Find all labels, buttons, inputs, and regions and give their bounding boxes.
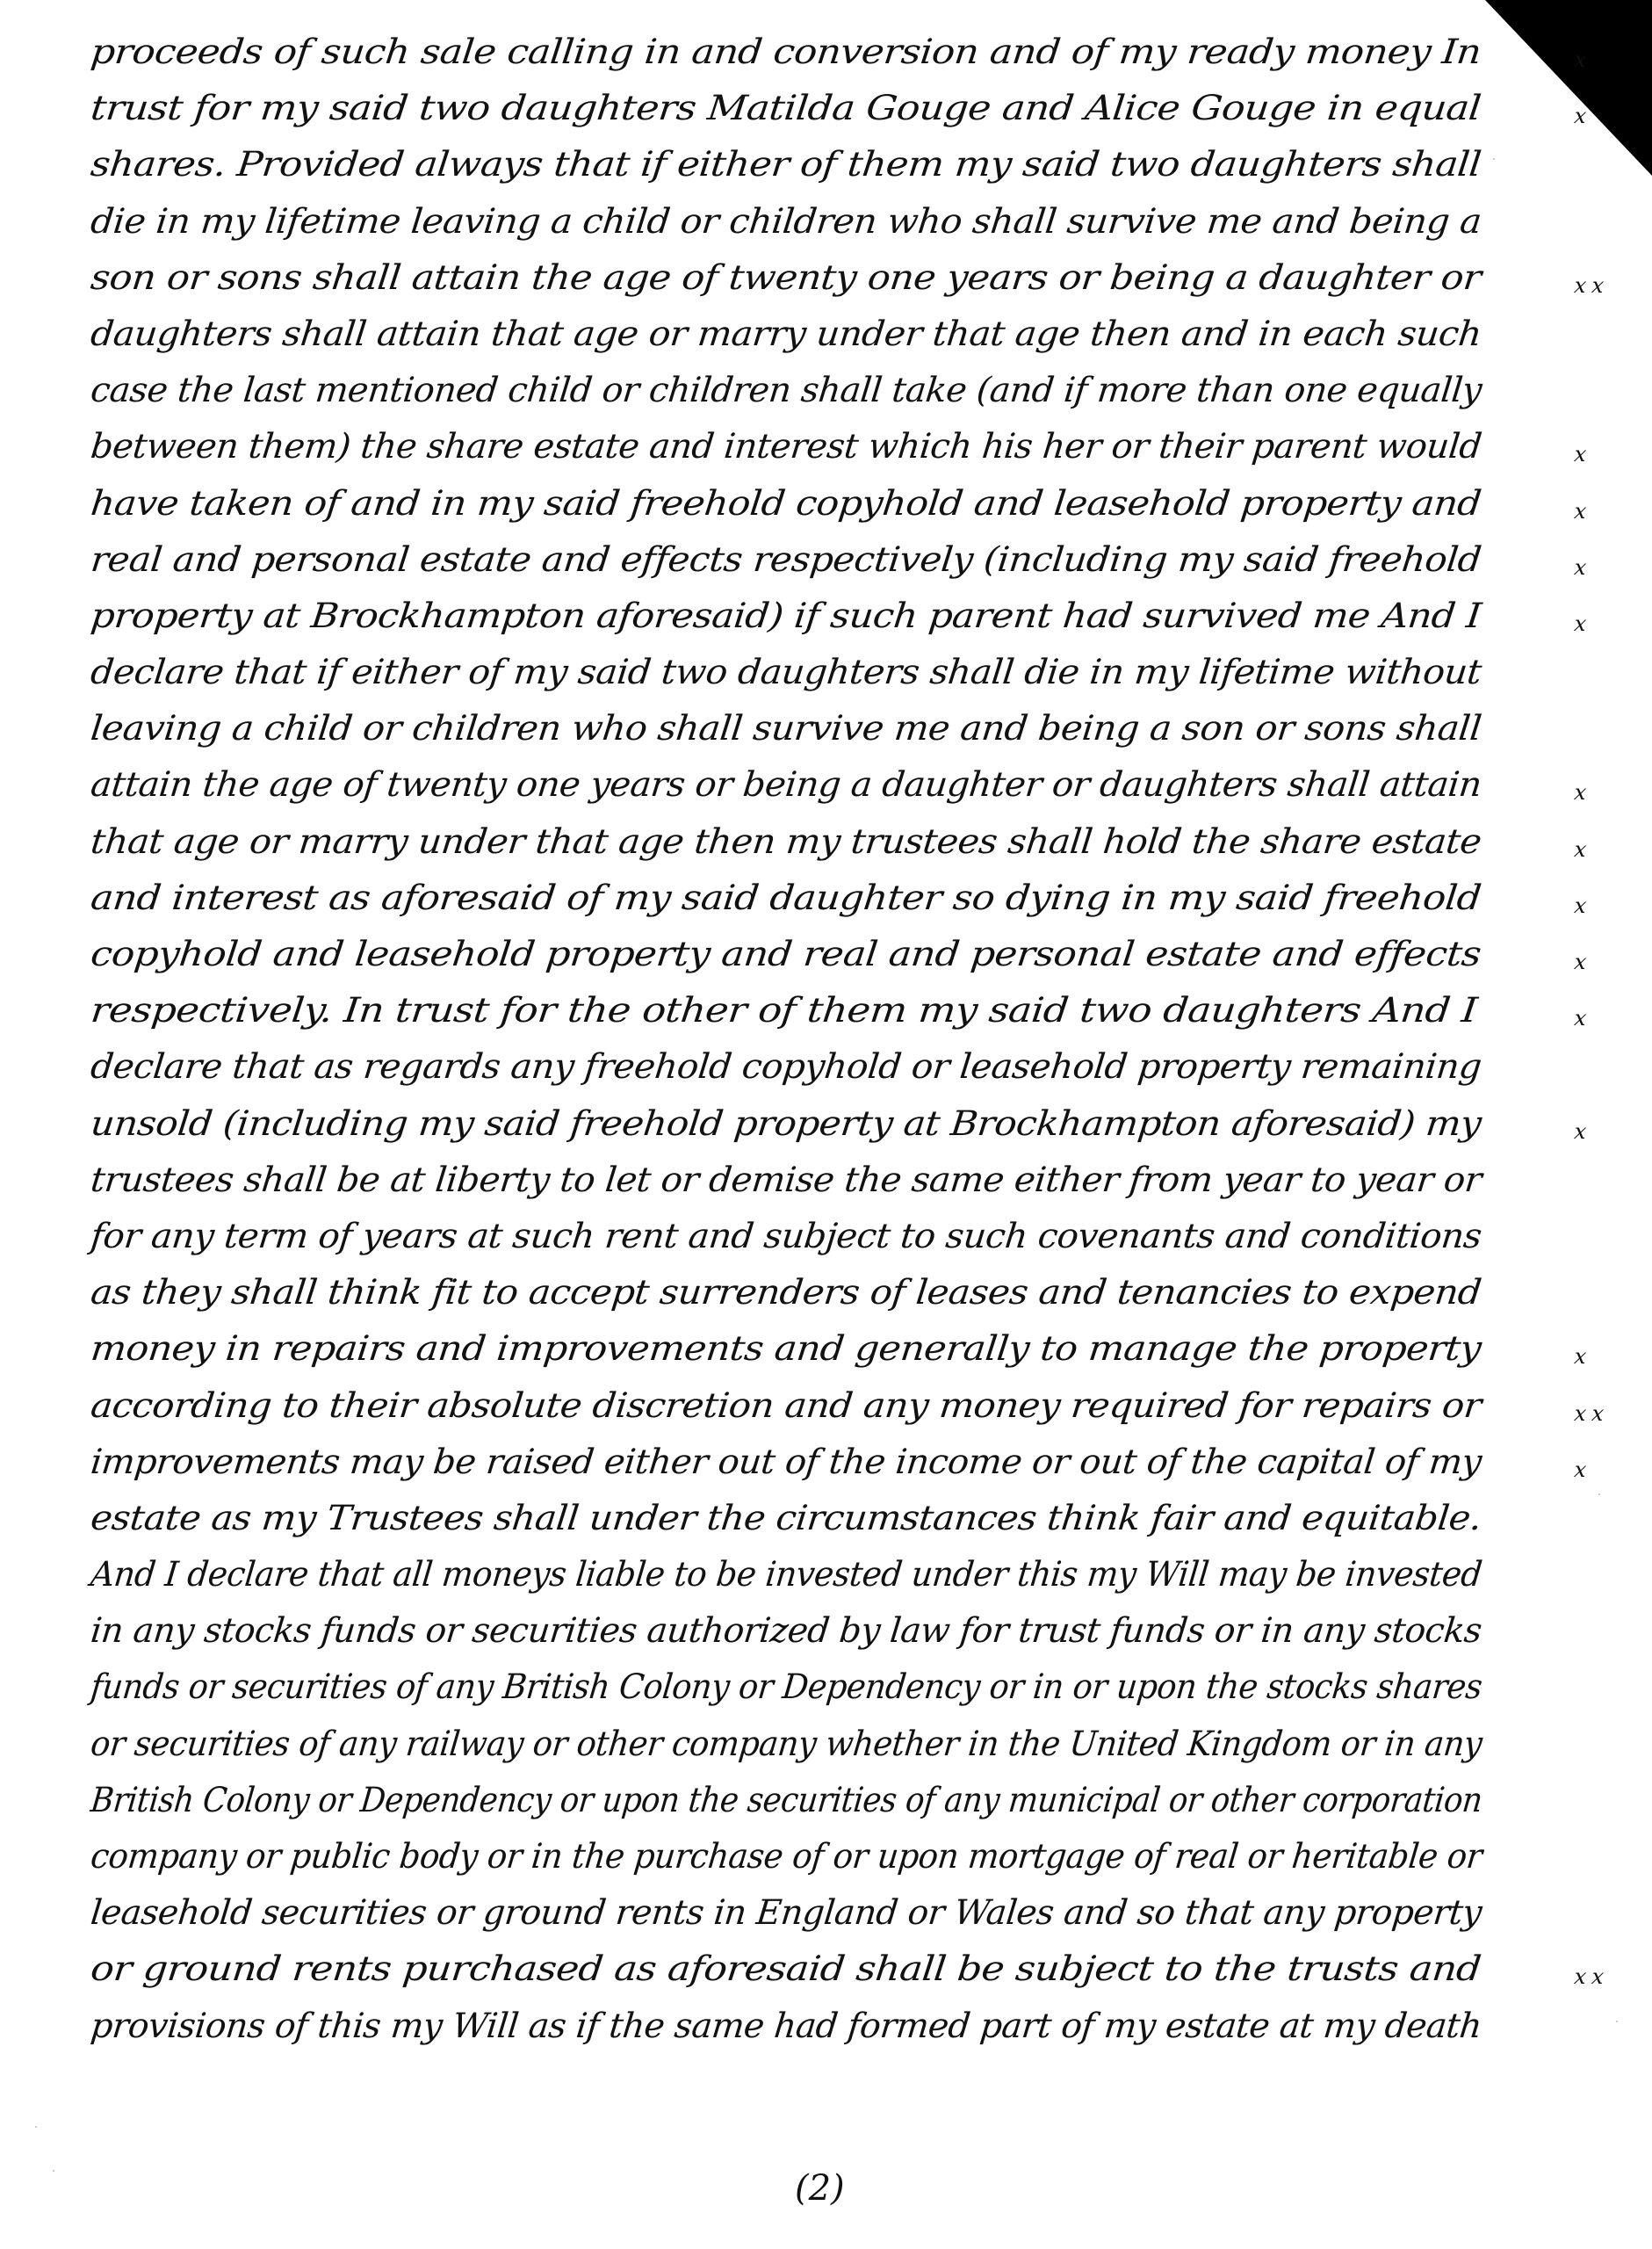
text-line: for any term of years at such rent and s… xyxy=(88,1209,1552,1265)
margin-x-mark: x xyxy=(1571,1103,1589,1160)
text-line: have taken of and in my said freehold co… xyxy=(88,476,1552,532)
text-line: or securities of any railway or other co… xyxy=(88,1717,1552,1773)
line-text: declare that as regards any freehold cop… xyxy=(88,1039,1484,1096)
line-text: as they shall think fit to accept surren… xyxy=(88,1265,1484,1321)
line-text: shares. Provided always that if either o… xyxy=(88,137,1483,193)
text-line: improvements may be raised either out of… xyxy=(88,1435,1552,1491)
scan-speckle xyxy=(35,2126,37,2128)
line-text: attain the age of twenty one years or be… xyxy=(88,757,1484,814)
line-text: respectively. In trust for the other of … xyxy=(88,983,1480,1039)
text-line: British Colony or Dependency or upon the… xyxy=(88,1773,1552,1829)
text-line: that age or marry under that age then my… xyxy=(88,814,1552,871)
text-line: as they shall think fit to accept surren… xyxy=(88,1265,1552,1321)
page-number: (2) xyxy=(795,2168,845,2209)
margin-x-mark: x xyxy=(1571,596,1589,652)
text-line: proceeds of such sale calling in and con… xyxy=(88,25,1552,81)
text-line: daughters shall attain that age or marry… xyxy=(88,307,1552,363)
line-text: proceeds of such sale calling in and con… xyxy=(88,25,1483,81)
document-page: proceeds of such sale calling in and con… xyxy=(0,0,1652,2249)
line-text: company or public body or in the purchas… xyxy=(88,1829,1484,1885)
margin-x-mark: x xyxy=(1571,426,1589,482)
margin-x-mark: x x xyxy=(1571,257,1606,314)
text-line: provisions of this my Will as if the sam… xyxy=(88,1999,1552,2055)
margin-x-mark: x xyxy=(1571,878,1589,934)
line-text: die in my lifetime leaving a child or ch… xyxy=(88,194,1484,250)
scan-speckle xyxy=(1598,1493,1600,1495)
line-text: between them) the share estate and inter… xyxy=(88,419,1484,475)
line-text: have taken of and in my said freehold co… xyxy=(88,476,1483,532)
line-text: unsold (including my said freehold prope… xyxy=(88,1096,1483,1153)
text-line: die in my lifetime leaving a child or ch… xyxy=(88,194,1552,250)
text-line: money in repairs and improvements and ge… xyxy=(88,1321,1552,1378)
line-text: funds or securities of any British Colon… xyxy=(88,1660,1484,1716)
line-text: trustees shall be at liberty to let or d… xyxy=(88,1153,1484,1209)
margin-x-mark: x xyxy=(1571,990,1589,1046)
margin-x-mark: x xyxy=(1571,1328,1589,1385)
line-text: declare that if either of my said two da… xyxy=(88,645,1484,701)
text-line: declare that as regards any freehold cop… xyxy=(88,1039,1552,1096)
line-text: provisions of this my Will as if the sam… xyxy=(88,1999,1484,2055)
line-text: leasehold securities or ground rents in … xyxy=(88,1885,1484,1942)
text-line: estate as my Trustees shall under the ci… xyxy=(88,1491,1552,1547)
text-line: leasehold securities or ground rents in … xyxy=(88,1885,1552,1942)
margin-x-mark: x xyxy=(1571,934,1589,990)
margin-x-mark: x xyxy=(1571,764,1589,821)
line-text: real and personal estate and effects res… xyxy=(88,532,1483,589)
handwritten-text-body: proceeds of such sale calling in and con… xyxy=(88,25,1546,2055)
margin-x-mark: x xyxy=(1571,1442,1589,1498)
line-text: leaving a child or children who shall su… xyxy=(88,701,1484,757)
text-line: real and personal estate and effects res… xyxy=(88,532,1552,589)
scan-speckle xyxy=(1493,158,1495,160)
margin-x-mark: x x xyxy=(1571,1949,1606,2005)
text-line: property at Brockhampton aforesaid) if s… xyxy=(88,589,1552,645)
scan-speckle xyxy=(1616,2021,1618,2022)
line-text: for any term of years at such rent and s… xyxy=(88,1209,1484,1265)
text-line: or ground rents purchased as aforesaid s… xyxy=(88,1942,1552,1998)
text-line: funds or securities of any British Colon… xyxy=(88,1660,1552,1716)
line-text: British Colony or Dependency or upon the… xyxy=(88,1773,1485,1829)
margin-x-mark: x xyxy=(1571,821,1589,878)
text-line: copyhold and leasehold property and real… xyxy=(88,927,1552,983)
line-text: money in repairs and improvements and ge… xyxy=(88,1321,1483,1378)
line-text: or securities of any railway or other co… xyxy=(88,1717,1484,1773)
line-text: estate as my Trustees shall under the ci… xyxy=(88,1491,1484,1547)
text-line: leaving a child or children who shall su… xyxy=(88,701,1552,757)
text-line: And I declare that all moneys liable to … xyxy=(88,1547,1552,1603)
scan-speckle xyxy=(1449,105,1451,107)
text-line: attain the age of twenty one years or be… xyxy=(88,757,1552,814)
text-line: unsold (including my said freehold prope… xyxy=(88,1096,1552,1153)
text-line: shares. Provided always that if either o… xyxy=(88,137,1552,193)
line-text: And I declare that all moneys liable to … xyxy=(88,1547,1484,1603)
line-text: daughters shall attain that age or marry… xyxy=(88,307,1484,363)
text-line: declare that if either of my said two da… xyxy=(88,645,1552,701)
text-line: respectively. In trust for the other of … xyxy=(88,983,1552,1039)
text-line: company or public body or in the purchas… xyxy=(88,1829,1552,1885)
margin-x-mark: x x xyxy=(1571,1385,1606,1442)
line-text: case the last mentioned child or childre… xyxy=(88,363,1484,419)
line-text: or ground rents purchased as aforesaid s… xyxy=(88,1942,1483,1998)
line-text: trust for my said two daughters Matilda … xyxy=(88,81,1483,137)
text-line: according to their absolute discretion a… xyxy=(88,1378,1552,1435)
margin-x-mark: x xyxy=(1571,539,1589,596)
text-line: in any stocks funds or securities author… xyxy=(88,1603,1552,1660)
text-line: and interest as aforesaid of my said dau… xyxy=(88,871,1552,927)
text-line: case the last mentioned child or childre… xyxy=(88,363,1552,419)
text-line: son or sons shall attain the age of twen… xyxy=(88,250,1552,307)
line-text: improvements may be raised either out of… xyxy=(88,1435,1484,1491)
margin-x-mark: x xyxy=(1571,483,1589,539)
line-text: that age or marry under that age then my… xyxy=(88,814,1484,871)
line-text: copyhold and leasehold property and real… xyxy=(88,927,1483,983)
text-line: trustees shall be at liberty to let or d… xyxy=(88,1153,1552,1209)
text-line: between them) the share estate and inter… xyxy=(88,419,1552,475)
scan-speckle xyxy=(53,2170,54,2172)
line-text: property at Brockhampton aforesaid) if s… xyxy=(88,589,1483,645)
line-text: according to their absolute discretion a… xyxy=(88,1378,1483,1435)
line-text: and interest as aforesaid of my said dau… xyxy=(88,871,1483,927)
text-line: trust for my said two daughters Matilda … xyxy=(88,81,1552,137)
line-text: son or sons shall attain the age of twen… xyxy=(88,250,1483,307)
line-text: in any stocks funds or securities author… xyxy=(88,1603,1484,1660)
